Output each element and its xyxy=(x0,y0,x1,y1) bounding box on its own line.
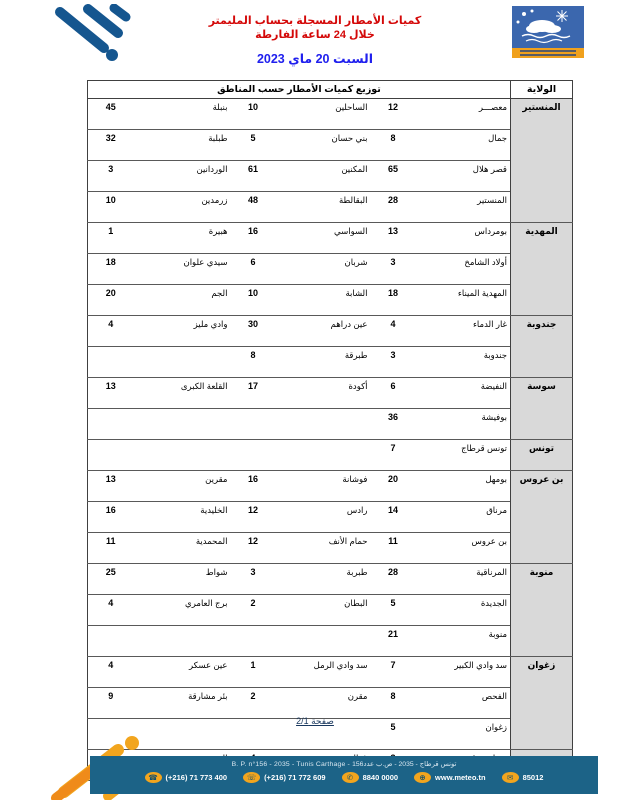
table-row: المنستيرمعصـــر12الساحلين10بنبلة45 xyxy=(87,99,572,130)
rainfall-value-cell: 28 xyxy=(371,564,416,595)
station-name-cell: بومرداس xyxy=(416,223,511,254)
rainfall-value-cell: 45 xyxy=(87,99,133,130)
rainfall-value-cell: 17 xyxy=(231,378,276,409)
governorate-cell: سوسة xyxy=(511,378,573,440)
report-header: كميات الأمطار المسجلة بحساب المليمتر خلا… xyxy=(140,14,490,66)
station-name-cell: مرناق xyxy=(416,502,511,533)
rainfall-value-cell: 3 xyxy=(371,347,416,378)
rainfall-value-cell: 20 xyxy=(87,285,133,316)
rainfall-value-cell: 10 xyxy=(231,285,276,316)
station-name-cell: المكنين xyxy=(276,161,371,192)
station-name-cell: زرمدين xyxy=(134,192,231,223)
station-name-cell: بوفيشة xyxy=(416,409,511,440)
station-name-cell: برج العامري xyxy=(134,595,231,626)
rainfall-value-cell: 5 xyxy=(371,595,416,626)
station-name-cell: تونس قرطاج xyxy=(416,440,511,471)
table-row: سوسةالنفيضة6أكودة17القلعة الكبرى13 xyxy=(87,378,572,409)
station-name-cell: الجديدة xyxy=(416,595,511,626)
rainfall-value-cell: 8 xyxy=(231,347,276,378)
rainfall-table: الولاية توزيع كميات الأمطار حسب المناطق … xyxy=(87,80,573,781)
page-number: صفحة 2/1 xyxy=(0,716,630,727)
rainfall-value-cell: 12 xyxy=(371,99,416,130)
station-name-cell: الجم xyxy=(134,285,231,316)
rainfall-value-cell: 3 xyxy=(371,254,416,285)
rainfall-value-cell: 11 xyxy=(87,533,133,564)
rainfall-value-cell: 32 xyxy=(87,130,133,161)
rainfall-value-cell: 6 xyxy=(231,254,276,285)
inm-logo-icon xyxy=(512,6,584,58)
station-name-cell: المنستير xyxy=(416,192,511,223)
footer-contacts: ☎(+216) 71 773 400☏(+216) 71 772 609✆884… xyxy=(90,772,598,783)
rainfall-value-cell: 16 xyxy=(231,223,276,254)
meteo-swoosh-logo xyxy=(46,4,136,62)
rainfall-value-cell: 14 xyxy=(371,502,416,533)
station-name-cell: شربان xyxy=(276,254,371,285)
footer-bar: B. P. n°156 - 2035 - Tunis Carthage - تو… xyxy=(90,756,598,794)
table-row: المنستير28البقالطة48زرمدين10 xyxy=(87,192,572,223)
station-name-cell xyxy=(276,626,371,657)
governorate-cell: بن عروس xyxy=(511,471,573,564)
report-title-line2: خلال 24 ساعة الفارطة xyxy=(140,28,490,42)
rainfall-value-cell: 13 xyxy=(87,471,133,502)
rainfall-value-cell: 5 xyxy=(231,130,276,161)
rainfall-value-cell: 8 xyxy=(371,130,416,161)
contact-item: ✆8840 0000 xyxy=(342,772,398,783)
station-name-cell: المرناقية xyxy=(416,564,511,595)
station-name-cell: الخليدية xyxy=(134,502,231,533)
station-name-cell: طبلبة xyxy=(134,130,231,161)
rainfall-value-cell: 12 xyxy=(231,533,276,564)
station-name-cell: قصر هلال xyxy=(416,161,511,192)
rainfall-value-cell: 8 xyxy=(371,688,416,719)
station-name-cell: معصـــر xyxy=(416,99,511,130)
rainfall-value-cell: 25 xyxy=(87,564,133,595)
governorate-cell: المهدية xyxy=(511,223,573,316)
rainfall-value-cell: 18 xyxy=(87,254,133,285)
station-name-cell: مقرين xyxy=(134,471,231,502)
rainfall-value-cell: 28 xyxy=(371,192,416,223)
contact-text: 8840 0000 xyxy=(363,773,398,782)
rainfall-value-cell: 16 xyxy=(231,471,276,502)
rainfall-value-cell: 4 xyxy=(87,595,133,626)
station-name-cell: القلعة الكبرى xyxy=(134,378,231,409)
table-row: جمال8بني حسان5طبلبة32 xyxy=(87,130,572,161)
contact-item: ⊕www.meteo.tn xyxy=(414,772,486,783)
rainfall-value-cell xyxy=(87,440,133,471)
phone-icon: ☎ xyxy=(145,772,162,783)
rainfall-value-cell xyxy=(231,440,276,471)
station-name-cell: النفيضة xyxy=(416,378,511,409)
station-name-cell: عين عسكر xyxy=(134,657,231,688)
station-name-cell: سيدي علوان xyxy=(134,254,231,285)
rainfall-value-cell: 13 xyxy=(371,223,416,254)
contact-text: www.meteo.tn xyxy=(435,773,486,782)
rainfall-value-cell: 13 xyxy=(87,378,133,409)
table-row: زغوانسد وادي الكبير7سد وادي الرمل1عين عس… xyxy=(87,657,572,688)
report-date: السبت 20 ماي 2023 xyxy=(140,51,490,66)
rainfall-value-cell: 36 xyxy=(371,409,416,440)
rainfall-value-cell: 3 xyxy=(87,161,133,192)
station-name-cell: غار الدماء xyxy=(416,316,511,347)
rainfall-value-cell: 7 xyxy=(371,440,416,471)
station-name-cell: بنبلة xyxy=(134,99,231,130)
station-name-cell: سد وادي الكبير xyxy=(416,657,511,688)
table-row: مرناق14رادس12الخليدية16 xyxy=(87,502,572,533)
station-name-cell: البطان xyxy=(276,595,371,626)
rainfall-table-wrap: الولاية توزيع كميات الأمطار حسب المناطق … xyxy=(88,80,573,781)
rainfall-value-cell: 18 xyxy=(371,285,416,316)
report-title-line1: كميات الأمطار المسجلة بحساب المليمتر xyxy=(140,14,490,28)
table-row: الفحص8مقرن2بئر مشارقة9 xyxy=(87,688,572,719)
rainfall-value-cell: 30 xyxy=(231,316,276,347)
rainfall-value-cell: 3 xyxy=(231,564,276,595)
rainfall-value-cell: 21 xyxy=(371,626,416,657)
contact-text: 85012 xyxy=(523,773,544,782)
station-name-cell: الساحلين xyxy=(276,99,371,130)
station-name-cell xyxy=(276,409,371,440)
contact-item: ✉85012 xyxy=(502,772,544,783)
station-name-cell: هبيرة xyxy=(134,223,231,254)
station-name-cell: سد وادي الرمل xyxy=(276,657,371,688)
contact-text: (+216) 71 772 609 xyxy=(264,773,326,782)
governorate-cell: المنستير xyxy=(511,99,573,223)
rainfall-value-cell: 11 xyxy=(371,533,416,564)
distribution-column-header: توزيع كميات الأمطار حسب المناطق xyxy=(87,81,510,99)
rainfall-value-cell xyxy=(87,409,133,440)
table-row: منوبةالمرناقية28طبربة3شواط25 xyxy=(87,564,572,595)
station-name-cell: فوشانة xyxy=(276,471,371,502)
station-name-cell: وادي مليز xyxy=(134,316,231,347)
rainfall-value-cell: 12 xyxy=(231,502,276,533)
rainfall-value-cell: 10 xyxy=(87,192,133,223)
rainfall-value-cell: 9 xyxy=(87,688,133,719)
rainfall-value-cell xyxy=(87,347,133,378)
station-name-cell: شواط xyxy=(134,564,231,595)
governorate-cell: منوبة xyxy=(511,564,573,657)
station-name-cell: طبرقة xyxy=(276,347,371,378)
rainfall-value-cell: 10 xyxy=(231,99,276,130)
handset-icon: ✆ xyxy=(342,772,359,783)
table-header-row: الولاية توزيع كميات الأمطار حسب المناطق xyxy=(87,81,572,99)
rainfall-value-cell: 4 xyxy=(87,657,133,688)
table-row: منوبة21 xyxy=(87,626,572,657)
station-name-cell: أكودة xyxy=(276,378,371,409)
station-name-cell: السواسي xyxy=(276,223,371,254)
rainfall-value-cell: 4 xyxy=(87,316,133,347)
table-row: الجديدة5البطان2برج العامري4 xyxy=(87,595,572,626)
footer-address: B. P. n°156 - 2035 - Tunis Carthage - تو… xyxy=(90,756,598,768)
rainfall-value-cell: 61 xyxy=(231,161,276,192)
rainfall-value-cell: 6 xyxy=(371,378,416,409)
table-row: بوفيشة36 xyxy=(87,409,572,440)
governorate-cell: زغوان xyxy=(511,657,573,750)
rainfall-value-cell: 16 xyxy=(87,502,133,533)
station-name-cell: عين دراهم xyxy=(276,316,371,347)
governorate-cell: تونس xyxy=(511,440,573,471)
station-name-cell: منوبة xyxy=(416,626,511,657)
station-name-cell xyxy=(134,409,231,440)
station-name-cell: حمام الأنف xyxy=(276,533,371,564)
station-name-cell xyxy=(134,626,231,657)
table-row: جندوبة3طبرقة8 xyxy=(87,347,572,378)
rainfall-value-cell: 1 xyxy=(87,223,133,254)
sms-icon: ✉ xyxy=(502,772,519,783)
station-name-cell: رادس xyxy=(276,502,371,533)
rainfall-value-cell: 1 xyxy=(231,657,276,688)
governorate-column-header: الولاية xyxy=(511,81,573,99)
station-name-cell: بني حسان xyxy=(276,130,371,161)
rainfall-value-cell xyxy=(231,409,276,440)
contact-item: ☏(+216) 71 772 609 xyxy=(243,772,326,783)
station-name-cell: جمال xyxy=(416,130,511,161)
station-name-cell: المهدية الميناء xyxy=(416,285,511,316)
governorate-cell: جندوبة xyxy=(511,316,573,378)
swoosh-icon xyxy=(46,4,136,62)
table-row: أولاد الشامخ3شربان6سيدي علوان18 xyxy=(87,254,572,285)
rainfall-value-cell: 48 xyxy=(231,192,276,223)
inm-logo xyxy=(512,6,584,58)
table-row: قصر هلال65المكنين61الوردانين3 xyxy=(87,161,572,192)
table-row: جندوبةغار الدماء4عين دراهم30وادي مليز4 xyxy=(87,316,572,347)
station-name-cell: بومهل xyxy=(416,471,511,502)
table-row: بن عروسبومهل20فوشانة16مقرين13 xyxy=(87,471,572,502)
station-name-cell: طبربة xyxy=(276,564,371,595)
station-name-cell: مقرن xyxy=(276,688,371,719)
station-name-cell xyxy=(134,440,231,471)
rainfall-value-cell xyxy=(231,626,276,657)
rainfall-value-cell: 4 xyxy=(371,316,416,347)
table-row: المهدية الميناء18الشابة10الجم20 xyxy=(87,285,572,316)
table-row: بن عروس11حمام الأنف12المحمدية11 xyxy=(87,533,572,564)
document-page: { "header": { "title_line1": "كميات الأم… xyxy=(0,0,630,800)
fax-icon: ☏ xyxy=(243,772,260,783)
station-name-cell: الفحص xyxy=(416,688,511,719)
station-name-cell: المحمدية xyxy=(134,533,231,564)
station-name-cell: بن عروس xyxy=(416,533,511,564)
globe-icon: ⊕ xyxy=(414,772,431,783)
rainfall-value-cell: 20 xyxy=(371,471,416,502)
station-name-cell xyxy=(134,347,231,378)
station-name-cell: الشابة xyxy=(276,285,371,316)
rainfall-value-cell: 7 xyxy=(371,657,416,688)
rainfall-value-cell xyxy=(87,626,133,657)
station-name-cell: أولاد الشامخ xyxy=(416,254,511,285)
station-name-cell: جندوبة xyxy=(416,347,511,378)
station-name-cell: بئر مشارقة xyxy=(134,688,231,719)
table-row: تونستونس قرطاج7 xyxy=(87,440,572,471)
table-row: المهديةبومرداس13السواسي16هبيرة1 xyxy=(87,223,572,254)
station-name-cell: البقالطة xyxy=(276,192,371,223)
rainfall-value-cell: 2 xyxy=(231,595,276,626)
rainfall-value-cell: 2 xyxy=(231,688,276,719)
station-name-cell xyxy=(276,440,371,471)
rainfall-value-cell: 65 xyxy=(371,161,416,192)
contact-item: ☎(+216) 71 773 400 xyxy=(145,772,228,783)
station-name-cell: الوردانين xyxy=(134,161,231,192)
contact-text: (+216) 71 773 400 xyxy=(166,773,228,782)
